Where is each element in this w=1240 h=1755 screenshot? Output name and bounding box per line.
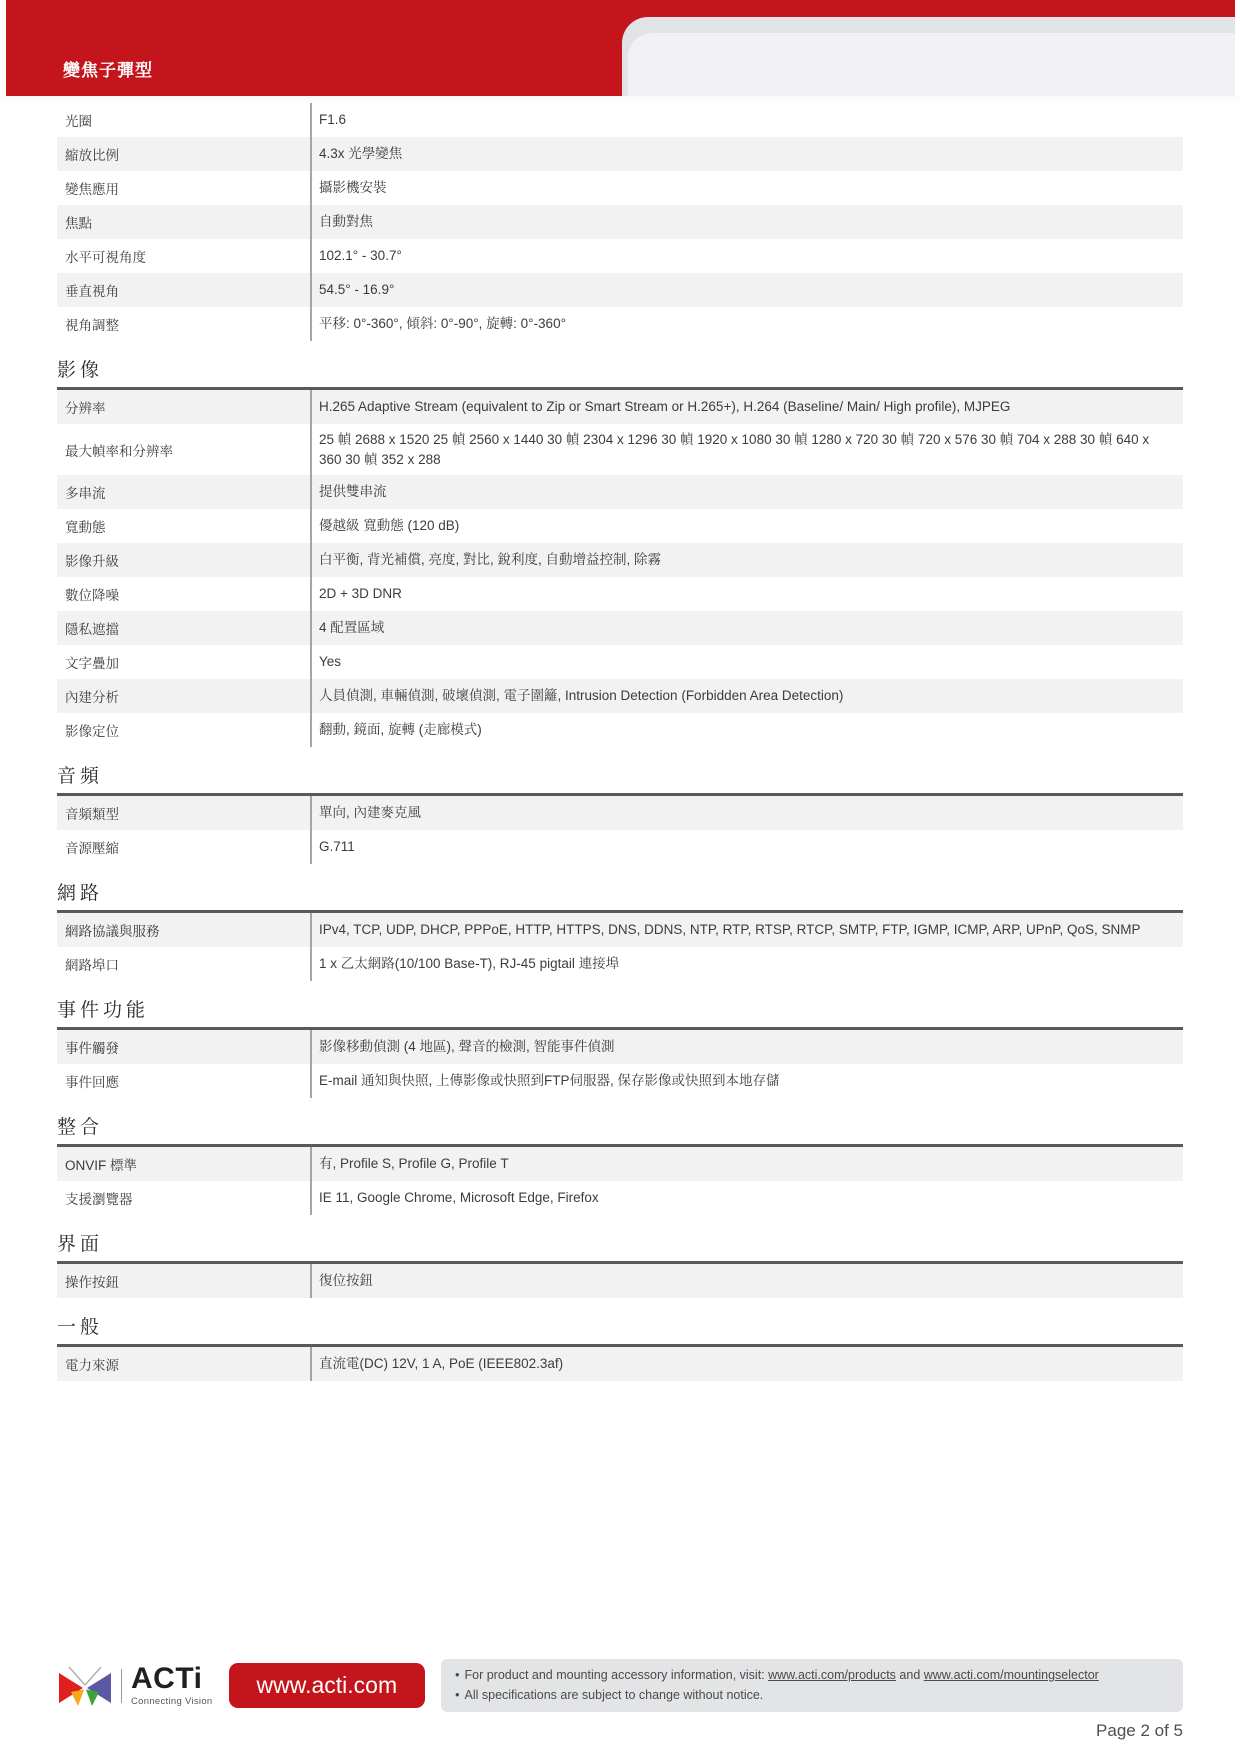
spec-row-value: 2D + 3D DNR (310, 577, 1183, 611)
spec-row-label: 音頻類型 (57, 796, 310, 830)
spec-row: 光圈F1.6 (57, 103, 1183, 137)
section-title: 事件功能 (57, 995, 1183, 1022)
spec-row: 內建分析人員偵測, 車輛偵測, 破壞偵測, 電子圍籬, Intrusion De… (57, 679, 1183, 713)
spec-row: 支援瀏覽器IE 11, Google Chrome, Microsoft Edg… (57, 1181, 1183, 1215)
spec-row-value: 翻動, 鏡面, 旋轉 (走廊模式) (310, 713, 1183, 747)
footer-note: •For product and mounting accessory info… (455, 1666, 1169, 1685)
spec-row: 寬動態優越級 寬動態 (120 dB) (57, 509, 1183, 543)
butterfly-bottom-left (71, 1689, 84, 1706)
spec-row-value: 1 x 乙太網路(10/100 Base-T), RJ-45 pigtail 連… (310, 947, 1183, 981)
website-button[interactable]: www.acti.com (229, 1663, 426, 1708)
spec-row-label: 電力來源 (57, 1347, 310, 1381)
spec-row: 電力來源直流電(DC) 12V, 1 A, PoE (IEEE802.3af) (57, 1347, 1183, 1381)
spec-row-value: 4 配置區域 (310, 611, 1183, 645)
spec-row-label: 數位降噪 (57, 577, 310, 611)
spec-row-label: 垂直視角 (57, 273, 310, 307)
spec-row-label: 視角調整 (57, 307, 310, 341)
spec-row: 焦點自動對焦 (57, 205, 1183, 239)
note-text: For product and mounting accessory infor… (465, 1668, 769, 1682)
spec-row: 影像定位翻動, 鏡面, 旋轉 (走廊模式) (57, 713, 1183, 747)
spec-row-label: 影像定位 (57, 713, 310, 747)
spec-row: 變焦應用攝影機安裝 (57, 171, 1183, 205)
section-title: 一般 (57, 1312, 1183, 1339)
spec-row-value: F1.6 (310, 103, 1183, 137)
note-text: and (896, 1668, 924, 1682)
note-link[interactable]: www.acti.com/mountingselector (924, 1668, 1099, 1682)
logo-text-block: ACTi Connecting Vision (131, 1664, 213, 1707)
spec-row-value: 白平衡, 背光補償, 亮度, 對比, 銳利度, 自動增益控制, 除霧 (310, 543, 1183, 577)
spec-row-value: 單向, 內建麥克風 (310, 796, 1183, 830)
footer-notes: •For product and mounting accessory info… (441, 1659, 1183, 1712)
spec-row: 垂直視角54.5° - 16.9° (57, 273, 1183, 307)
spec-row-label: 光圈 (57, 103, 310, 137)
section-title: 整合 (57, 1112, 1183, 1139)
spec-row: 隱私遮擋4 配置區域 (57, 611, 1183, 645)
spec-row: 數位降噪2D + 3D DNR (57, 577, 1183, 611)
spec-row-label: 焦點 (57, 205, 310, 239)
spec-row: 視角調整平移: 0°-360°, 傾斜: 0°-90°, 旋轉: 0°-360° (57, 307, 1183, 341)
spec-row-value: 攝影機安裝 (310, 171, 1183, 205)
spec-row-label: 縮放比例 (57, 137, 310, 171)
spec-row-label: 文字疊加 (57, 645, 310, 679)
spec-row-label: 隱私遮擋 (57, 611, 310, 645)
spec-row-value: 復位按鈕 (310, 1264, 1183, 1298)
spec-row-value: E-mail 通知與快照, 上傳影像或快照到FTP伺服器, 保存影像或快照到本地… (310, 1064, 1183, 1098)
spec-row-value: 人員偵測, 車輛偵測, 破壞偵測, 電子圍籬, Intrusion Detect… (310, 679, 1183, 713)
spec-row-value: IE 11, Google Chrome, Microsoft Edge, Fi… (310, 1181, 1183, 1215)
spec-row: 事件回應E-mail 通知與快照, 上傳影像或快照到FTP伺服器, 保存影像或快… (57, 1064, 1183, 1098)
spec-row-value: 102.1° - 30.7° (310, 239, 1183, 273)
spec-row: 文字疊加Yes (57, 645, 1183, 679)
logo-tagline: Connecting Vision (131, 1696, 213, 1707)
spec-row-label: 影像升級 (57, 543, 310, 577)
spec-row-label: 變焦應用 (57, 171, 310, 205)
page-title: 變焦子彈型 (63, 56, 153, 81)
spec-row-value: G.711 (310, 830, 1183, 864)
spec-row: ONVIF 標準有, Profile S, Profile G, Profile… (57, 1147, 1183, 1181)
spec-row-label: 網路埠口 (57, 947, 310, 981)
spec-row-value: 優越級 寬動態 (120 dB) (310, 509, 1183, 543)
spec-row-label: 內建分析 (57, 679, 310, 713)
note-link[interactable]: www.acti.com/products (768, 1668, 896, 1682)
spec-row-value: 自動對焦 (310, 205, 1183, 239)
spec-row-value: 影像移動偵測 (4 地區), 聲音的檢測, 智能事件偵測 (310, 1030, 1183, 1064)
spec-row-label: 操作按鈕 (57, 1264, 310, 1298)
note-bullet: • (455, 1688, 459, 1702)
spec-row-label: 事件觸發 (57, 1030, 310, 1064)
section-title: 音頻 (57, 761, 1183, 788)
note-bullet: • (455, 1668, 459, 1682)
section-title: 網路 (57, 878, 1183, 905)
spec-row-value: 54.5° - 16.9° (310, 273, 1183, 307)
page-number: Page 2 of 5 (57, 1721, 1183, 1741)
spec-row: 影像升級白平衡, 背光補償, 亮度, 對比, 銳利度, 自動增益控制, 除霧 (57, 543, 1183, 577)
page-footer: ACTi Connecting Vision www.acti.com •For… (57, 1659, 1183, 1741)
spec-row-label: 分辨率 (57, 390, 310, 424)
spec-row-label: 支援瀏覽器 (57, 1181, 310, 1215)
header-corner-tab-inner (628, 33, 1235, 96)
butterfly-logo-icon (57, 1663, 115, 1709)
section-title: 影像 (57, 355, 1183, 382)
logo-brand-text: ACTi (131, 1664, 213, 1694)
spec-row: 水平可視角度102.1° - 30.7° (57, 239, 1183, 273)
spec-row-label: 音源壓縮 (57, 830, 310, 864)
spec-row: 事件觸發影像移動偵測 (4 地區), 聲音的檢測, 智能事件偵測 (57, 1030, 1183, 1064)
footer-note: •All specifications are subject to chang… (455, 1686, 1169, 1705)
spec-row-label: ONVIF 標準 (57, 1147, 310, 1181)
header-bottom-strip (0, 96, 1240, 103)
spec-row: 操作按鈕復位按鈕 (57, 1264, 1183, 1298)
spec-row: 音頻類型單向, 內建麥克風 (57, 796, 1183, 830)
spec-row: 網路埠口1 x 乙太網路(10/100 Base-T), RJ-45 pigta… (57, 947, 1183, 981)
spec-table: 光圈F1.6縮放比例4.3x 光學變焦變焦應用攝影機安裝焦點自動對焦水平可視角度… (57, 103, 1183, 1381)
spec-row-value: 直流電(DC) 12V, 1 A, PoE (IEEE802.3af) (310, 1347, 1183, 1381)
spec-row: 縮放比例4.3x 光學變焦 (57, 137, 1183, 171)
spec-row: 多串流提供雙串流 (57, 475, 1183, 509)
spec-row-label: 寬動態 (57, 509, 310, 543)
spec-row-label: 多串流 (57, 475, 310, 509)
note-text: All specifications are subject to change… (465, 1688, 764, 1702)
spec-row-value: 有, Profile S, Profile G, Profile T (310, 1147, 1183, 1181)
spec-row-value: 平移: 0°-360°, 傾斜: 0°-90°, 旋轉: 0°-360° (310, 307, 1183, 341)
header-corner-tab (622, 17, 1235, 96)
acti-logo: ACTi Connecting Vision (57, 1663, 213, 1709)
spec-row-label: 事件回應 (57, 1064, 310, 1098)
spec-row: 音源壓縮G.711 (57, 830, 1183, 864)
butterfly-bottom-right (86, 1689, 99, 1706)
spec-row-value: IPv4, TCP, UDP, DHCP, PPPoE, HTTP, HTTPS… (310, 913, 1183, 947)
spec-document-page: 變焦子彈型 光圈F1.6縮放比例4.3x 光學變焦變焦應用攝影機安裝焦點自動對焦… (0, 0, 1240, 1381)
spec-row-label: 水平可視角度 (57, 239, 310, 273)
spec-row-value: H.265 Adaptive Stream (equivalent to Zip… (310, 390, 1183, 424)
spec-row: 最大幀率和分辨率25 幀 2688 x 1520 25 幀 2560 x 144… (57, 424, 1183, 475)
page-header: 變焦子彈型 (0, 0, 1240, 96)
spec-row: 網路協議與服務IPv4, TCP, UDP, DHCP, PPPoE, HTTP… (57, 913, 1183, 947)
spec-row-value: 25 幀 2688 x 1520 25 幀 2560 x 1440 30 幀 2… (310, 424, 1183, 475)
section-title: 界面 (57, 1229, 1183, 1256)
spec-row-value: Yes (310, 645, 1183, 679)
spec-row-value: 提供雙串流 (310, 475, 1183, 509)
spec-row: 分辨率H.265 Adaptive Stream (equivalent to … (57, 390, 1183, 424)
spec-row-label: 網路協議與服務 (57, 913, 310, 947)
spec-row-label: 最大幀率和分辨率 (57, 424, 310, 475)
spec-row-value: 4.3x 光學變焦 (310, 137, 1183, 171)
logo-separator (121, 1669, 122, 1703)
footer-row: ACTi Connecting Vision www.acti.com •For… (57, 1659, 1183, 1712)
